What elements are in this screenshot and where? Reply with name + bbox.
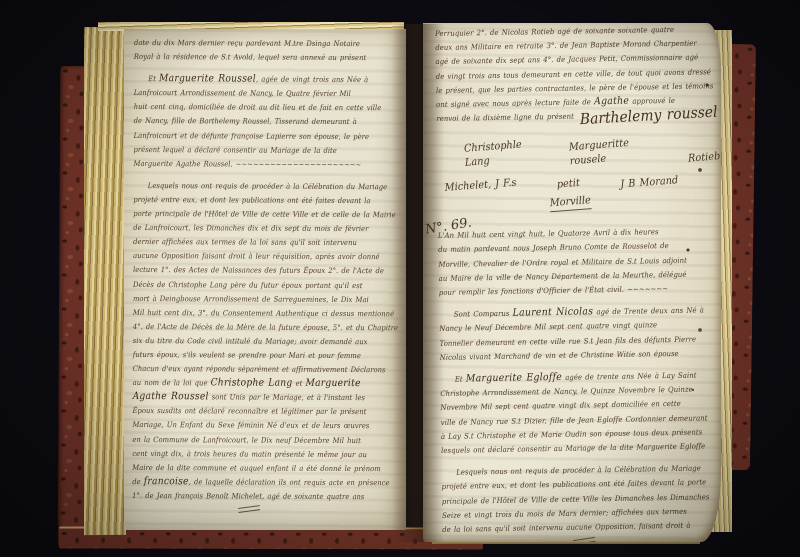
manuscript-paragraph: Et Marguerite Roussel, agée de vingt tro… — [133, 72, 400, 172]
page-stack-left-edge — [84, 27, 126, 535]
manuscript-line: Chacun d'eux ayant répondu séparément et… — [133, 362, 399, 377]
signature-witness: Michelet, J F.s — [444, 175, 517, 194]
right-page-text: Perruquier 2°. de Nicolas Rotieb agé de … — [435, 23, 721, 542]
manuscript-line: 1°. de Jean françois Benoît Michelet, ag… — [132, 489, 398, 504]
father-signature: Barthelemy roussel — [579, 105, 717, 127]
manuscript-line: porte principale de l'Hôtel de Ville de … — [133, 207, 399, 222]
manuscript-line: aucune Opposition faisant droit à leur r… — [133, 249, 399, 264]
signature-bride: Margueritte rousele — [569, 134, 663, 169]
manuscript-line: six du titre du Code civil intitulé du M… — [133, 334, 399, 349]
manuscript-paragraph: Sont Comparus Laurent Nicolas agé de Tre… — [439, 303, 721, 365]
signature-row: Michelet, J F.s petit J B Morand — [445, 174, 721, 193]
left-manuscript-page: date du dix Mars dernier reçu pardevant … — [124, 29, 406, 530]
manuscript-line: Royal à la résidence de S.t Avold, leque… — [134, 50, 400, 65]
manuscript-paragraph: Et Marguerite Egloffe agée de trente ans… — [440, 368, 721, 458]
manuscript-line: au nom de la loi que Christophe Lang et … — [133, 376, 399, 391]
manuscript-line: mort à Deingbouse Arrondissement de Sarr… — [133, 292, 399, 307]
manuscript-line: Décès de Christophe Lang père du futur é… — [133, 277, 399, 292]
manuscript-line: de francoise, de laquelle déclaration il… — [132, 475, 398, 490]
manuscript-line: de Nancy, fille de Barthelemy Roussel, T… — [134, 114, 400, 129]
manuscript-paragraph: Lesquels nous ont requis de procéder à l… — [441, 461, 721, 537]
manuscript-line: Et Marguerite Roussel, agée de vingt tro… — [134, 72, 400, 87]
manuscript-line: Mariage, Un Enfant du Sexe féminin Né d'… — [132, 418, 398, 433]
photograph-of-open-register-book: date du dix Mars dernier reçu pardevant … — [0, 0, 800, 557]
manuscript-line: huit cent cinq, domiciliée de droit au d… — [134, 100, 400, 115]
manuscript-line: Lesquels nous ont requis de procéder à l… — [133, 179, 399, 194]
manuscript-line: cent vingt dix, à trois heures du matin … — [132, 447, 398, 462]
manuscript-line: présent lequel a déclaré consentir au Ma… — [134, 143, 400, 158]
signature-official: Morville — [549, 193, 591, 212]
flourish-mark — [238, 505, 260, 513]
manuscript-line: date du dix Mars dernier reçu pardevant … — [134, 36, 400, 51]
flourish-mark — [573, 537, 596, 542]
manuscript-line: Mil huit cent dix, 3°. du Consentement A… — [133, 306, 399, 321]
manuscript-line: Maire de la dite commune et auquel enfan… — [132, 461, 398, 476]
manuscript-line: 4°. de l'Acte de Décès de la Mère de la … — [133, 320, 399, 335]
manuscript-line: projeté entre eux, et dont les publicati… — [133, 193, 399, 208]
manuscript-paragraph: L'An Mil huit cent vingt huit, le Quator… — [438, 224, 721, 300]
signature-groom: Christophle Lang — [464, 136, 545, 170]
manuscript-line: dernier affichées aux termes de la loi s… — [133, 235, 399, 250]
book-cover-left-edge — [58, 66, 88, 547]
signature-row: Morville — [550, 192, 721, 211]
manuscript-line: Lanfroicourt Arrondissement de Nancy, le… — [134, 86, 400, 101]
manuscript-line: de Lanfroicourt, les Dimanches dix et di… — [133, 221, 399, 236]
manuscript-line: Agathe Roussel sont Unis par le Mariage,… — [133, 390, 399, 405]
manuscript-line: Lanfroicourt et de défunte françoise Lap… — [134, 129, 400, 144]
left-page-text: date du dix Mars dernier reçu pardevant … — [132, 36, 400, 512]
manuscript-line: Marguerite Agathe Roussel. ~~~~~~~~~~~~~… — [133, 157, 399, 172]
manuscript-line: Époux susdits ont déclaré reconnaître et… — [132, 404, 398, 419]
manuscript-line: en la Commune de Lanfroicourt, le Dix ne… — [132, 433, 398, 448]
manuscript-line: lecture 1°. des Actes de Naissances des … — [133, 263, 399, 278]
manuscript-paragraph: Perruquier 2°. de Nicolas Rotieb agé de … — [435, 23, 720, 112]
manuscript-paragraph: date du dix Mars dernier reçu pardevant … — [134, 36, 401, 65]
signature-row: Christophle Lang Margueritte rousele Rot… — [464, 136, 720, 169]
manuscript-line: renvoi de la dixième ligne du présent — [436, 110, 574, 127]
signature-witness: Rotieb — [688, 149, 721, 166]
right-manuscript-page: Perruquier 2°. de Nicolas Rotieb agé de … — [423, 23, 721, 542]
manuscript-line: futurs époux, s'ils veulent se prendre p… — [133, 348, 399, 363]
manuscript-paragraph: Lesquels nous ont requis de procéder à l… — [132, 179, 400, 504]
signature-witness: J B Morand — [620, 173, 679, 191]
signature-witness: petit — [557, 176, 581, 192]
